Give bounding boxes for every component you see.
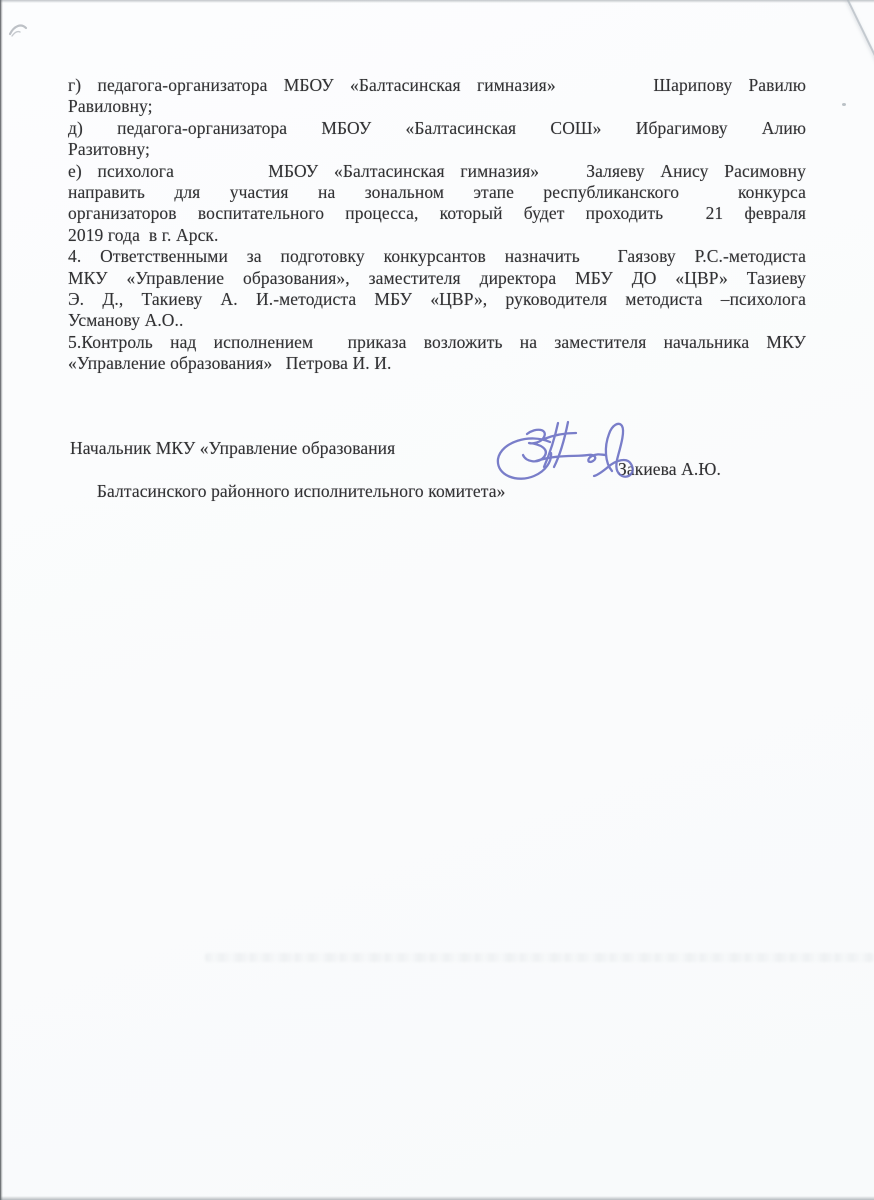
- body-line: д) педагога-организатора МБОУ «Балтасинс…: [68, 118, 806, 139]
- body-line: МКУ «Управление образования», заместител…: [68, 268, 806, 289]
- scan-edge-left: [0, 0, 3, 1200]
- body-line: Усманову А.О..: [68, 310, 806, 331]
- signoff-line-1: Начальник МКУ «Управление образования: [70, 438, 808, 460]
- signature-stroke-slashes: [544, 422, 576, 467]
- body-line: Равиловну;: [68, 96, 806, 117]
- document-body: г) педагога-организатора МБОУ «Балтасинс…: [68, 75, 806, 375]
- body-line: Э. Д., Такиеву А. И.-методиста МБУ «ЦВР»…: [68, 289, 806, 310]
- signature-stroke-z: [523, 430, 546, 462]
- signoff-line-2-text: Балтасинского районного исполнительного …: [97, 481, 506, 501]
- signoff-block: Начальник МКУ «Управление образования Ба…: [70, 438, 808, 546]
- body-line: 2019 года в г. Арск.: [68, 225, 806, 246]
- bleedthrough-band: [205, 953, 874, 962]
- handwritten-signature-ink: [488, 409, 658, 499]
- body-line: г) педагога-организатора МБОУ «Балтасинс…: [68, 75, 806, 96]
- signature-stroke-end-loop: [594, 424, 633, 477]
- smudge-mark: [8, 20, 32, 42]
- body-line: 4. Ответственными за подготовку конкурса…: [68, 246, 806, 267]
- ink-speck: [842, 103, 846, 106]
- body-line: 5.Контроль над исполнением приказа возло…: [68, 332, 806, 353]
- body-line: Разитовну;: [68, 139, 806, 160]
- signoff-line-2: Балтасинского районного исполнительного …: [70, 460, 808, 546]
- body-line: е) психолога МБОУ «Балтасинская гимназия…: [68, 161, 806, 182]
- body-line: направить для участия на зональном этапе…: [68, 182, 806, 203]
- corner-fold-line: [844, 0, 874, 65]
- scan-edge-bottom: [0, 1196, 874, 1200]
- body-line: «Управление образования» Петрова И. И.: [68, 353, 806, 374]
- scanned-document-page: г) педагога-организатора МБОУ «Балтасинс…: [0, 0, 874, 1200]
- body-line: организаторов воспитательного процесса, …: [68, 203, 806, 224]
- scan-edge-top: [0, 0, 874, 3]
